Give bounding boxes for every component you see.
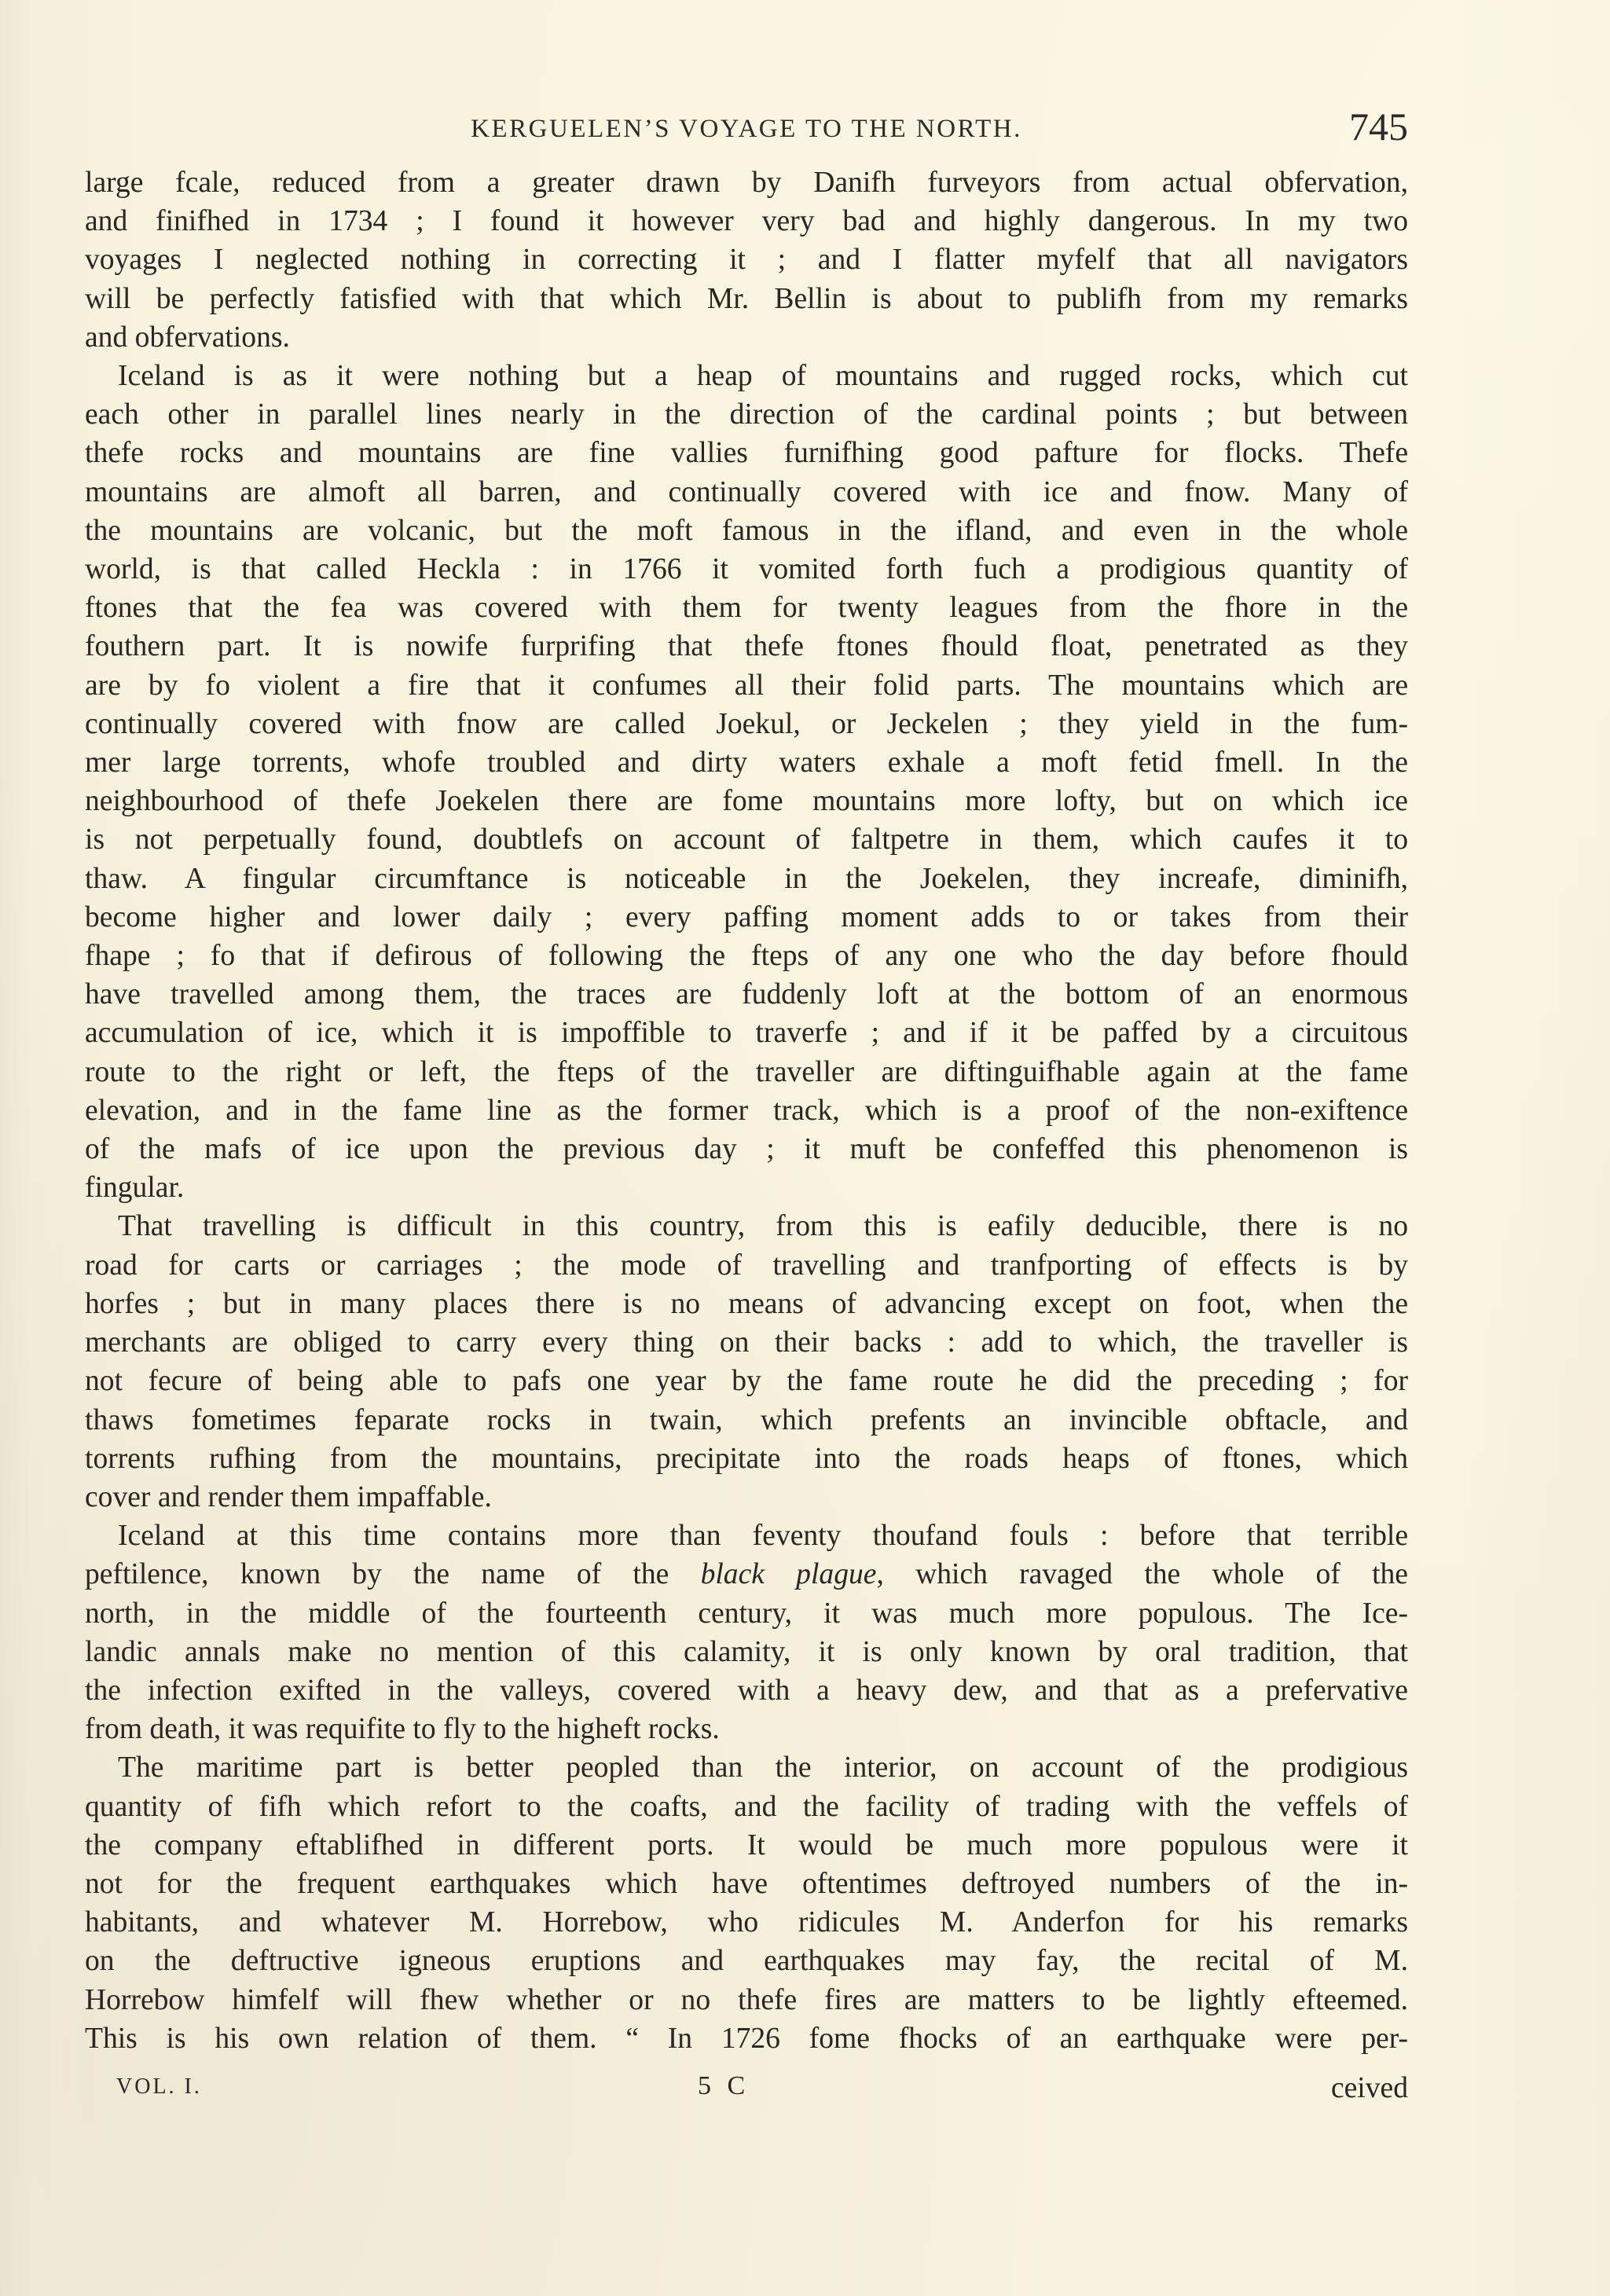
text-line: on the deftructive igneous eruptions and… (85, 1942, 1408, 1980)
text-line: not for the frequent earthquakes which h… (85, 1865, 1408, 1903)
text-line: and obfervations. (85, 318, 1408, 357)
body-text: large fcale, reduced from a greater draw… (85, 163, 1408, 2058)
text-line: road for carts or carriages ; the mode o… (85, 1246, 1408, 1285)
text-line: route to the right or left, the fteps of… (85, 1053, 1408, 1091)
text-line: This is his own relation of them. “ In 1… (85, 2019, 1408, 2058)
text-line: become higher and lower daily ; every pa… (85, 898, 1408, 937)
text-line: That travelling is difficult in this cou… (85, 1207, 1408, 1245)
text-line: and finifhed in 1734 ; I found it howeve… (85, 202, 1408, 240)
text-line: elevation, and in the fame line as the f… (85, 1091, 1408, 1130)
text-line: The maritime part is better peopled than… (85, 1748, 1408, 1787)
page-footer: VOL. I. 5 C ceived (85, 2071, 1408, 2111)
text-line: fhape ; fo that if defirous of following… (85, 937, 1408, 975)
text-line: the infection exifted in the valleys, co… (85, 1671, 1408, 1710)
text-line: mountains are almoft all barren, and con… (85, 473, 1408, 512)
text-line: Iceland at this time contains more than … (85, 1517, 1408, 1555)
text-line: of the mafs of ice upon the previous day… (85, 1130, 1408, 1168)
text-line: quantity of fifh which refort to the coa… (85, 1788, 1408, 1826)
text-line: the mountains are volcanic, but the moft… (85, 512, 1408, 550)
paragraph: Iceland is as it were nothing but a heap… (85, 357, 1408, 1207)
text-line: world, is that called Heckla : in 1766 i… (85, 550, 1408, 589)
text-line: the company eftablifhed in different por… (85, 1826, 1408, 1865)
text-line: from death, it was requifite to fly to t… (85, 1710, 1408, 1748)
text-line: have travelled among them, the traces ar… (85, 975, 1408, 1014)
text-line: fouthern part. It is nowife furprifing t… (85, 627, 1408, 666)
text-line: fingular. (85, 1168, 1408, 1207)
text-line: cover and render them impaffable. (85, 1478, 1408, 1517)
text-line: thefe rocks and mountains are fine valli… (85, 434, 1408, 472)
text-line: thaw. A fingular circumftance is noticea… (85, 860, 1408, 898)
text-line: habitants, and whatever M. Horrebow, who… (85, 1903, 1408, 1942)
text-line: merchants are obliged to carry every thi… (85, 1323, 1408, 1362)
text-line: large fcale, reduced from a greater draw… (85, 163, 1408, 202)
text-line: voyages I neglected nothing in correctin… (85, 240, 1408, 279)
text-line: thaws fometimes feparate rocks in twain,… (85, 1401, 1408, 1440)
text-line: Iceland is as it were nothing but a heap… (85, 357, 1408, 395)
text-line: are by fo violent a fire that it confume… (85, 666, 1408, 705)
signature-mark: 5 C (698, 2071, 750, 2101)
text-line: north, in the middle of the fourteenth c… (85, 1594, 1408, 1633)
text-line: torrents rufhing from the mountains, pre… (85, 1440, 1408, 1478)
running-title: KERGUELEN’S VOYAGE TO THE NORTH. (85, 115, 1408, 144)
text-line: ftones that the fea was covered with the… (85, 589, 1408, 627)
text-line: accumulation of ice, which it is impoffi… (85, 1014, 1408, 1052)
text-line: is not perpetually found, doubtlefs on a… (85, 820, 1408, 859)
volume-label: VOL. I. (116, 2074, 202, 2100)
page-number: 745 (1349, 104, 1408, 149)
text-line: mer large torrents, whofe troubled and d… (85, 743, 1408, 782)
text-line: landic annals make no mention of this ca… (85, 1633, 1408, 1671)
text-line: will be perfectly fatisfied with that wh… (85, 280, 1408, 318)
text-line: horfes ; but in many places there is no … (85, 1285, 1408, 1323)
text-line: neighbourhood of thefe Joekelen there ar… (85, 782, 1408, 820)
paragraph: large fcale, reduced from a greater draw… (85, 163, 1408, 357)
running-header: KERGUELEN’S VOYAGE TO THE NORTH. 745 (85, 104, 1408, 151)
text-line: each other in parallel lines nearly in t… (85, 395, 1408, 434)
paragraph: Iceland at this time contains more than … (85, 1517, 1408, 1748)
paragraph: The maritime part is better peopled than… (85, 1748, 1408, 2058)
book-page: KERGUELEN’S VOYAGE TO THE NORTH. 745 lar… (0, 0, 1610, 2296)
text-line: Horrebow himfelf will fhew whether or no… (85, 1981, 1408, 2019)
catchword: ceived (1331, 2071, 1408, 2105)
text-line: not fecure of being able to pafs one yea… (85, 1362, 1408, 1400)
italic-phrase: black plague (701, 1558, 877, 1590)
paragraph: That travelling is difficult in this cou… (85, 1207, 1408, 1517)
text-line: continually covered with fnow are called… (85, 705, 1408, 743)
text-line: peftilence, known by the name of the bla… (85, 1555, 1408, 1594)
